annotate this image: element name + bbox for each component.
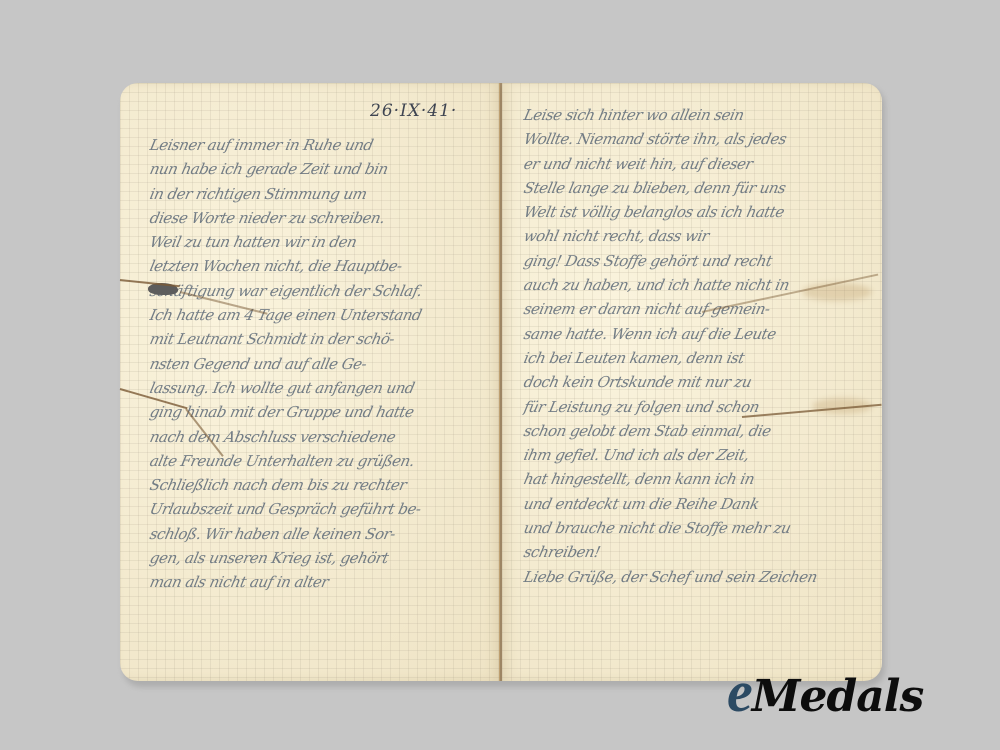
handwritten-line: man als nicht auf in alter	[147, 570, 482, 594]
handwritten-line: in der richtigen Stimmung um	[147, 182, 482, 206]
left-page: 26·IX·41· Leisner auf immer in Ruhe und …	[120, 83, 500, 681]
handwritten-line: mit Leutnant Schmidt in der schö-	[147, 327, 482, 351]
handwritten-line: lassung. Ich wollte gut anfangen und	[147, 376, 482, 400]
handwritten-line: schreiben!	[521, 540, 866, 564]
handwritten-line: same hatte. Wenn ich auf die Leute	[521, 322, 866, 346]
handwritten-line: und entdeckt um die Reihe Dank	[521, 492, 866, 516]
handwritten-line: ihm gefiel. Und ich als der Zeit,	[521, 443, 866, 467]
emedals-watermark-logo: eMedals	[727, 658, 923, 725]
handwritten-line: und brauche nicht die Stoffe mehr zu	[521, 516, 866, 540]
handwritten-line: ich bei Leuten kamen, denn ist	[521, 346, 866, 370]
handwritten-line: gen, als unseren Krieg ist, gehört	[147, 546, 482, 570]
left-page-handwriting: Leisner auf immer in Ruhe und nun habe i…	[150, 133, 480, 595]
handwritten-line: Wollte. Niemand störte ihn, als jedes	[521, 127, 866, 151]
handwritten-line: Welt ist völlig belanglos als ich hatte	[521, 200, 866, 224]
handwritten-line: Stelle lange zu blieben, denn für uns	[521, 176, 866, 200]
entry-date: 26·IX·41·	[370, 101, 457, 121]
handwritten-line: nun habe ich gerade Zeit und bin	[147, 157, 482, 181]
handwritten-line: seinem er daran nicht auf gemein-	[521, 297, 866, 321]
handwritten-line: diese Worte nieder zu schreiben.	[147, 206, 482, 230]
handwritten-line: letzten Wochen nicht, die Hauptbe-	[147, 254, 482, 278]
right-page: Leise sich hinter wo allein sein Wollte.…	[502, 83, 882, 681]
logo-text: Medals	[752, 671, 923, 722]
handwritten-line: Liebe Grüße, der Schef und sein Zeichen	[521, 565, 866, 589]
handwritten-line: Weil zu tun hatten wir in den	[147, 230, 482, 254]
handwritten-line: schon gelobt dem Stab einmal, die	[521, 419, 866, 443]
handwritten-line: Urlaubszeit und Gespräch geführt be-	[147, 497, 482, 521]
handwritten-line: schloß. Wir haben alle keinen Sor-	[147, 522, 482, 546]
right-page-handwriting: Leise sich hinter wo allein sein Wollte.…	[524, 103, 864, 589]
handwritten-line: Ich hatte am 4 Tage einen Unterstand	[147, 303, 482, 327]
handwritten-line: alte Freunde Unterhalten zu grüßen.	[147, 449, 482, 473]
open-notebook: 26·IX·41· Leisner auf immer in Ruhe und …	[120, 83, 882, 683]
handwritten-line: Schließlich nach dem bis zu rechter	[147, 473, 482, 497]
handwritten-line: Leise sich hinter wo allein sein	[521, 103, 866, 127]
handwritten-line: schäftigung war eigentlich der Schlaf.	[147, 279, 482, 303]
handwritten-line: ging hinab mit der Gruppe und hatte	[147, 400, 482, 424]
handwritten-line: ging! Dass Stoffe gehört und recht	[521, 249, 866, 273]
handwritten-line: Leisner auf immer in Ruhe und	[147, 133, 482, 157]
handwritten-line: er und nicht weit hin, auf dieser	[521, 152, 866, 176]
handwritten-line: doch kein Ortskunde mit nur zu	[521, 370, 866, 394]
handwritten-line: nach dem Abschluss verschiedene	[147, 425, 482, 449]
handwritten-line: hat hingestellt, denn kann ich in	[521, 467, 866, 491]
logo-e-letter: e	[727, 659, 752, 724]
paper-stain	[802, 283, 872, 301]
handwritten-line: nsten Gegend und auf alle Ge-	[147, 352, 482, 376]
handwritten-line: wohl nicht recht, dass wir	[521, 224, 866, 248]
